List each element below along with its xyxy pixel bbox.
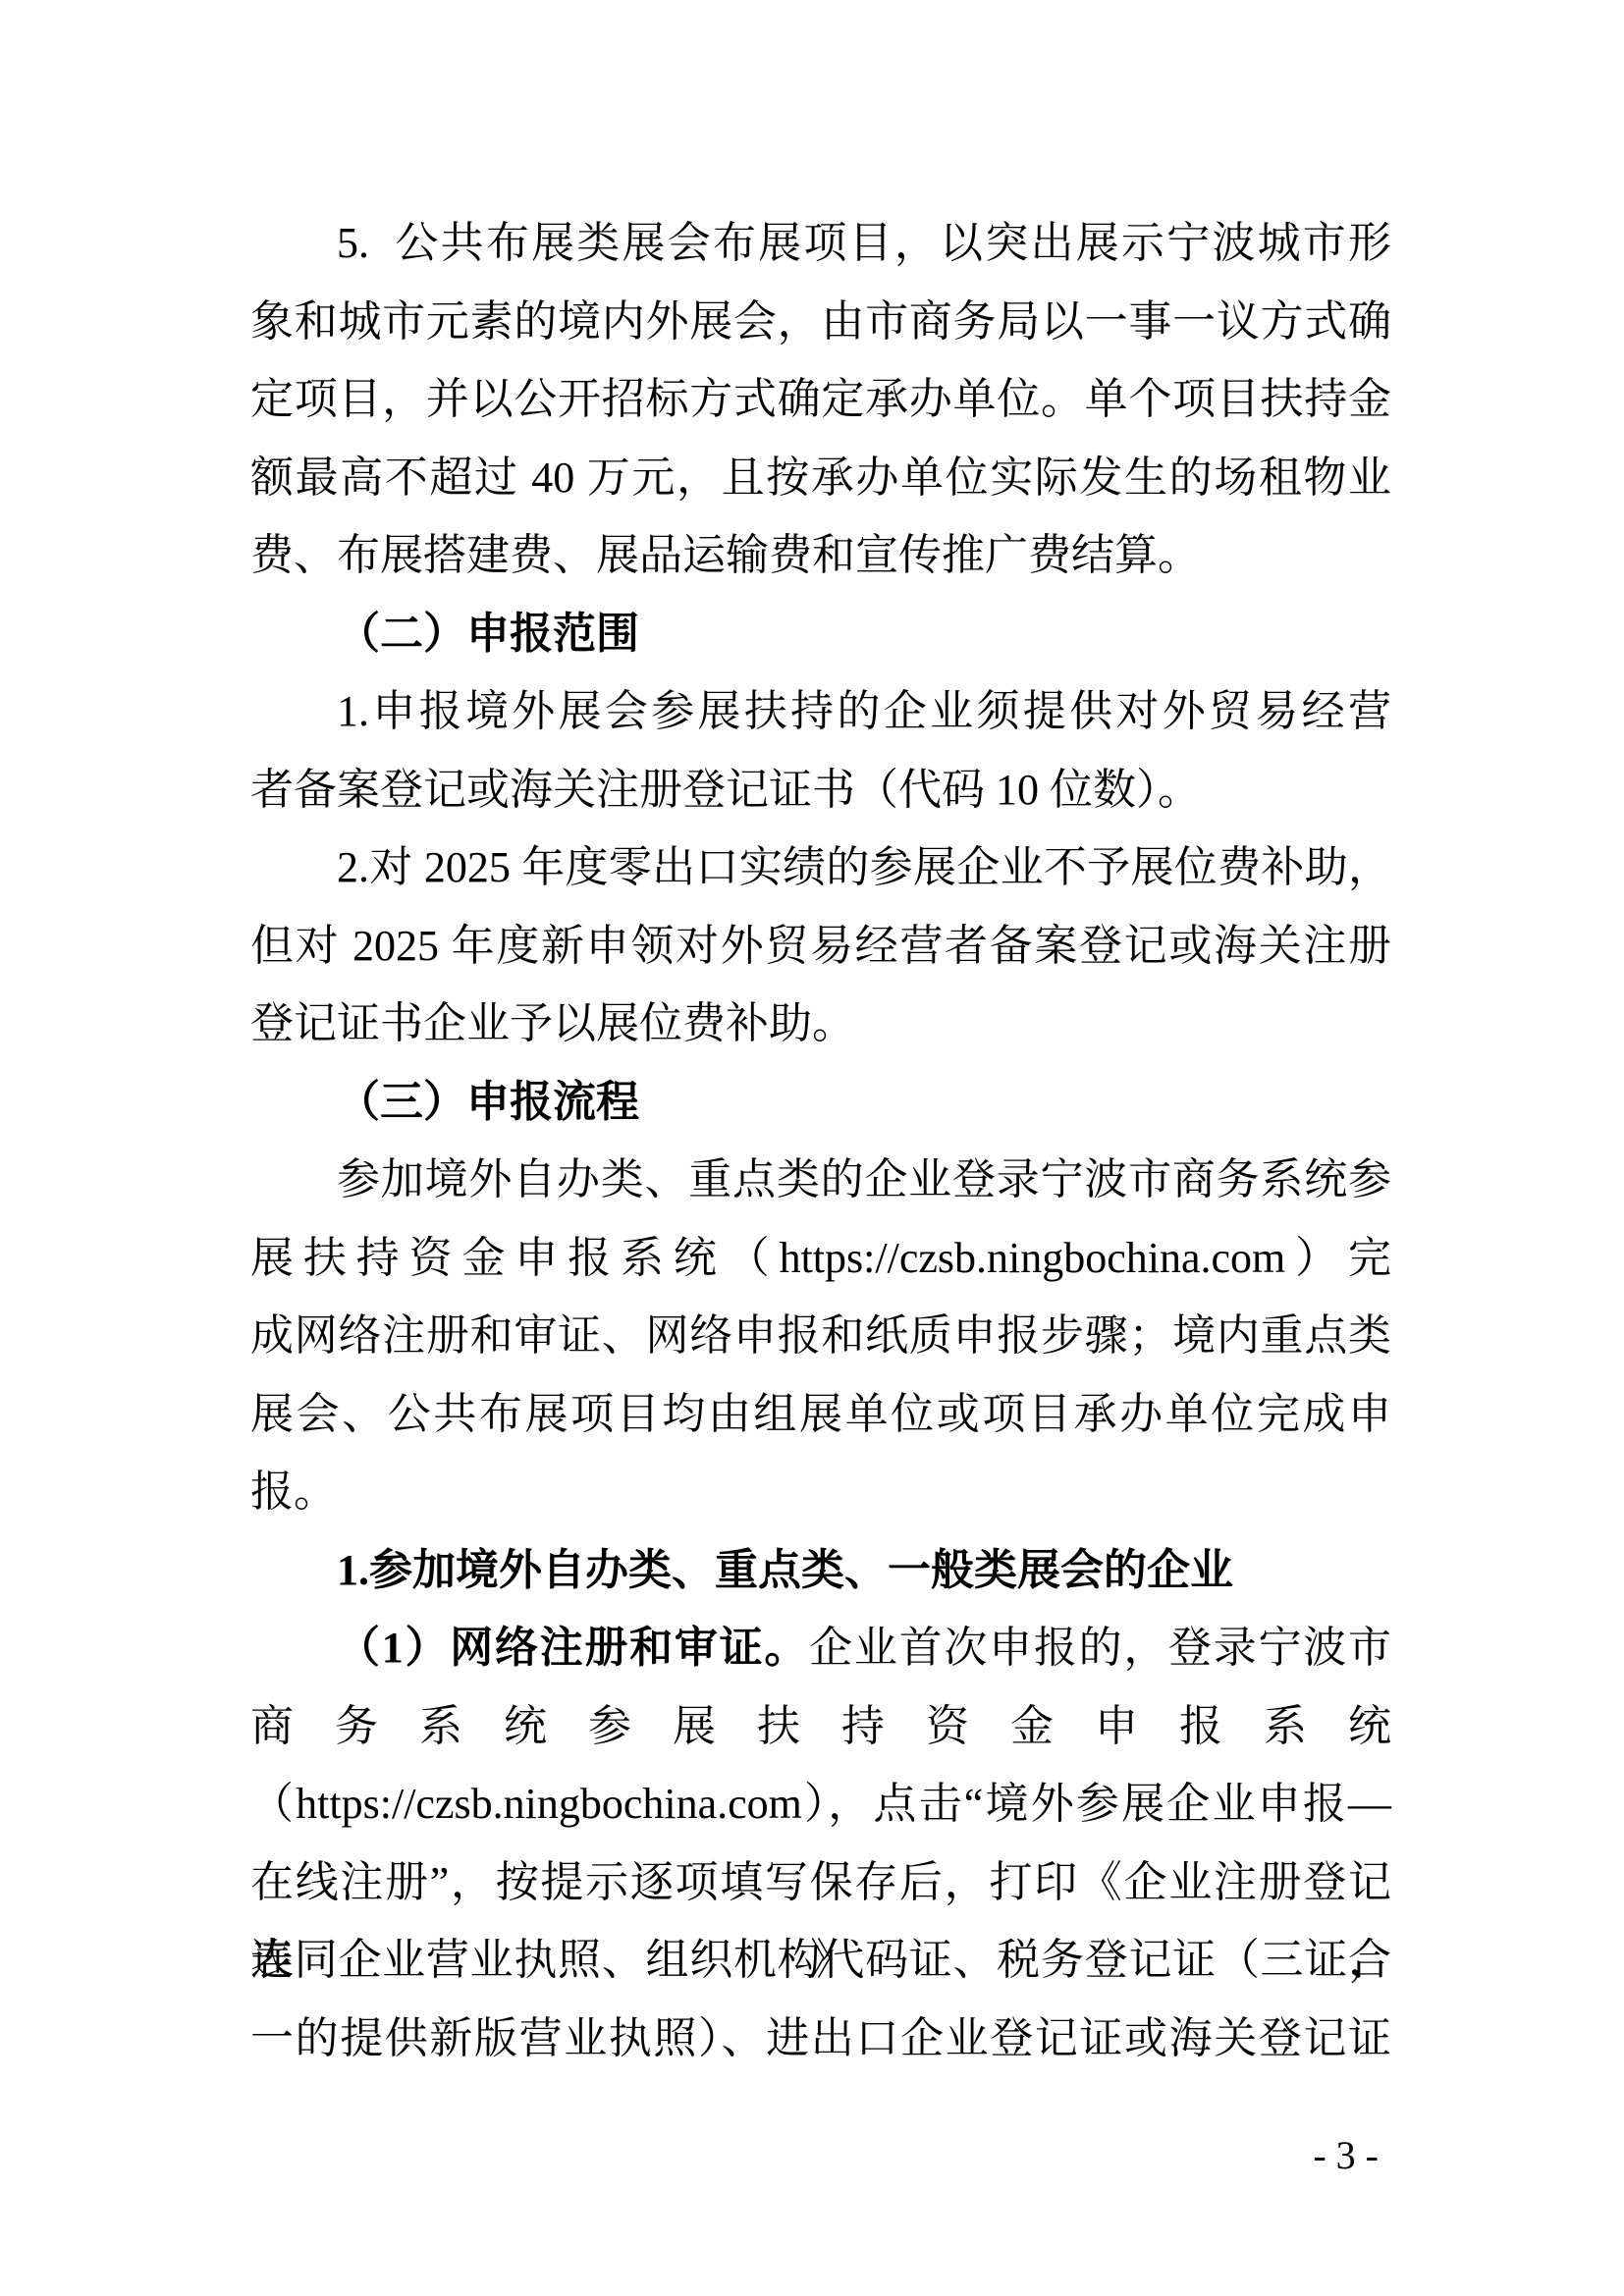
- body-line: （https://czsb.ningbochina.com），点击“境外参展企业…: [250, 1765, 1391, 1843]
- body-line: 参加境外自办类、重点类的企业登录宁波市商务系统参: [250, 1141, 1391, 1219]
- body-line: 登记证书企业予以展位费补助。: [250, 985, 1391, 1063]
- inline-heading: （1）网络注册和审证。: [337, 1624, 809, 1672]
- body-line: 额最高不超过 40 万元，且按承办单位实际发生的场租物业: [250, 439, 1391, 517]
- body-line-spread: 商务系统参展扶持资金申报系统: [250, 1687, 1391, 1766]
- body-line: 展扶持资金申报系统（https://czsb.ningbochina.com）完: [250, 1219, 1391, 1298]
- body-line: 成网络注册和审证、网络申报和纸质申报步骤；境内重点类: [250, 1297, 1391, 1375]
- body-line: 费、布展搭建费、展品运输费和宣传推广费结算。: [250, 516, 1391, 595]
- body-line: 者备案登记或海关注册登记证书（代码 10 位数）。: [250, 751, 1391, 829]
- body-line: （1）网络注册和审证。企业首次申报的，登录宁波市: [250, 1609, 1391, 1687]
- body-line: 但对 2025 年度新申领对外贸易经营者备案登记或海关注册: [250, 907, 1391, 986]
- body-line: 定项目，并以公开招标方式确定承办单位。单个项目扶持金: [250, 360, 1391, 439]
- body-line: 展会、公共布展项目均由组展单位或项目承办单位完成申: [250, 1375, 1391, 1454]
- body-line: 报。: [250, 1453, 1391, 1531]
- body-line: 一的提供新版营业执照）、进出口企业登记证或海关登记证: [250, 2000, 1391, 2078]
- document-page: 5. 公共布展类展会布展项目，以突出展示宁波城市形 象和城市元素的境内外展会，由…: [0, 0, 1624, 2296]
- body-line: 连同企业营业执照、组织机构代码证、税务登记证（三证合: [250, 1921, 1391, 2000]
- numbered-subsection-heading: 1.参加境外自办类、重点类、一般类展会的企业: [250, 1531, 1391, 1610]
- body-text: 企业首次申报的，登录宁波市: [809, 1624, 1391, 1672]
- body-line: 2.对 2025 年度零出口实绩的参展企业不予展位费补助，: [250, 828, 1391, 907]
- page-number: - 3 -: [1313, 2128, 1379, 2183]
- body-line: 象和城市元素的境内外展会，由市商务局以一事一议方式确: [250, 283, 1391, 361]
- document-body: 5. 公共布展类展会布展项目，以突出展示宁波城市形 象和城市元素的境内外展会，由…: [250, 204, 1391, 2077]
- section-heading-2: （二）申报范围: [250, 595, 1391, 673]
- body-line: 在线注册”，按提示逐项填写保存后，打印《企业注册登记表》，: [250, 1843, 1391, 1922]
- section-heading-3: （三）申报流程: [250, 1063, 1391, 1142]
- body-line: 5. 公共布展类展会布展项目，以突出展示宁波城市形: [250, 204, 1391, 283]
- body-line: 1.申报境外展会参展扶持的企业须提供对外贸易经营: [250, 672, 1391, 751]
